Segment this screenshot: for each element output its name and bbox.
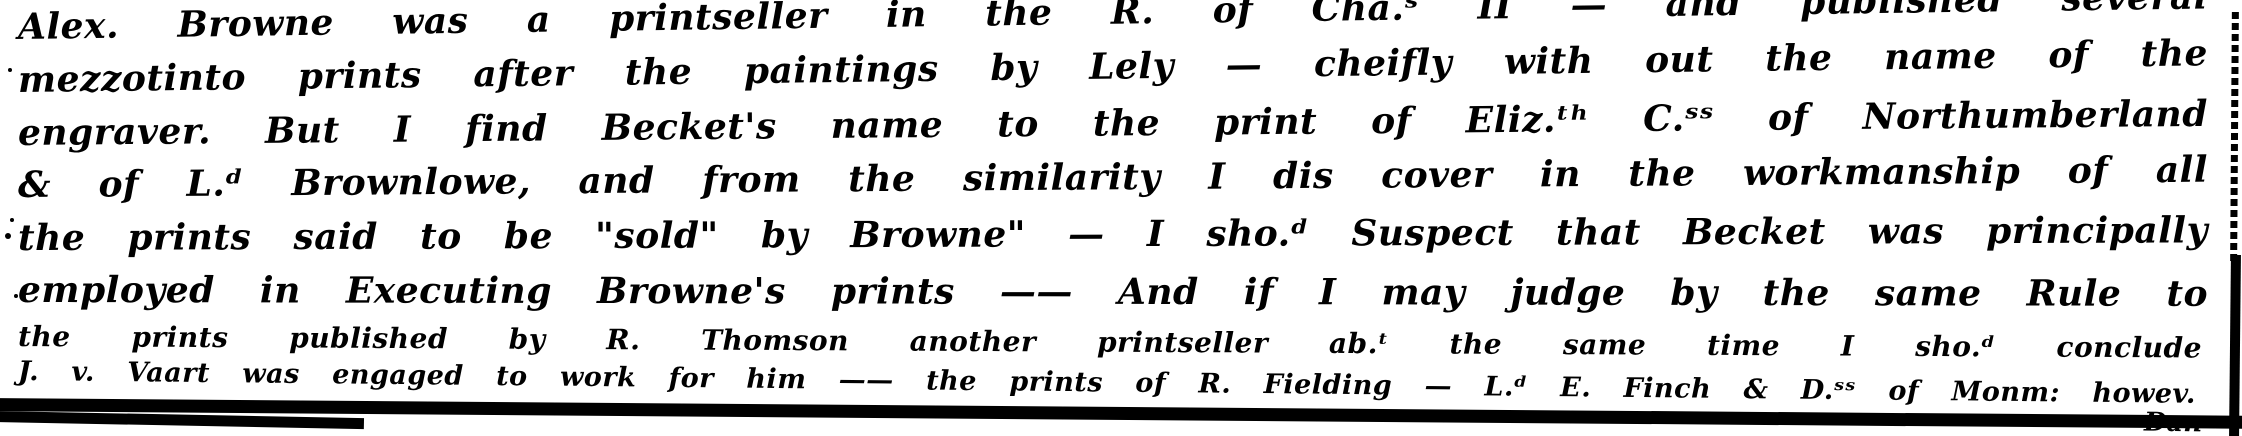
manuscript-line-7: the prints published by R. Thomson anoth…	[18, 322, 2202, 364]
manuscript-text: Alex. Browne was a printseller in the R.…	[0, 0, 2242, 436]
manuscript-line-4: & of L.ᵈ Brownlowe, and from the similar…	[18, 151, 2208, 206]
manuscript-line-3: engraver. But I find Becket's name to th…	[18, 95, 2208, 154]
manuscript-page: Alex. Browne was a printseller in the R.…	[0, 0, 2242, 436]
right-border-solid-rule	[2229, 255, 2241, 436]
ink-specks	[8, 68, 12, 72]
manuscript-line-5: the prints said to be "sold" by Browne" …	[18, 211, 2208, 258]
manuscript-line-6: employed in Executing Browne's prints ——…	[18, 271, 2208, 314]
manuscript-line-2: mezzotinto prints after the paintings by…	[18, 34, 2208, 100]
